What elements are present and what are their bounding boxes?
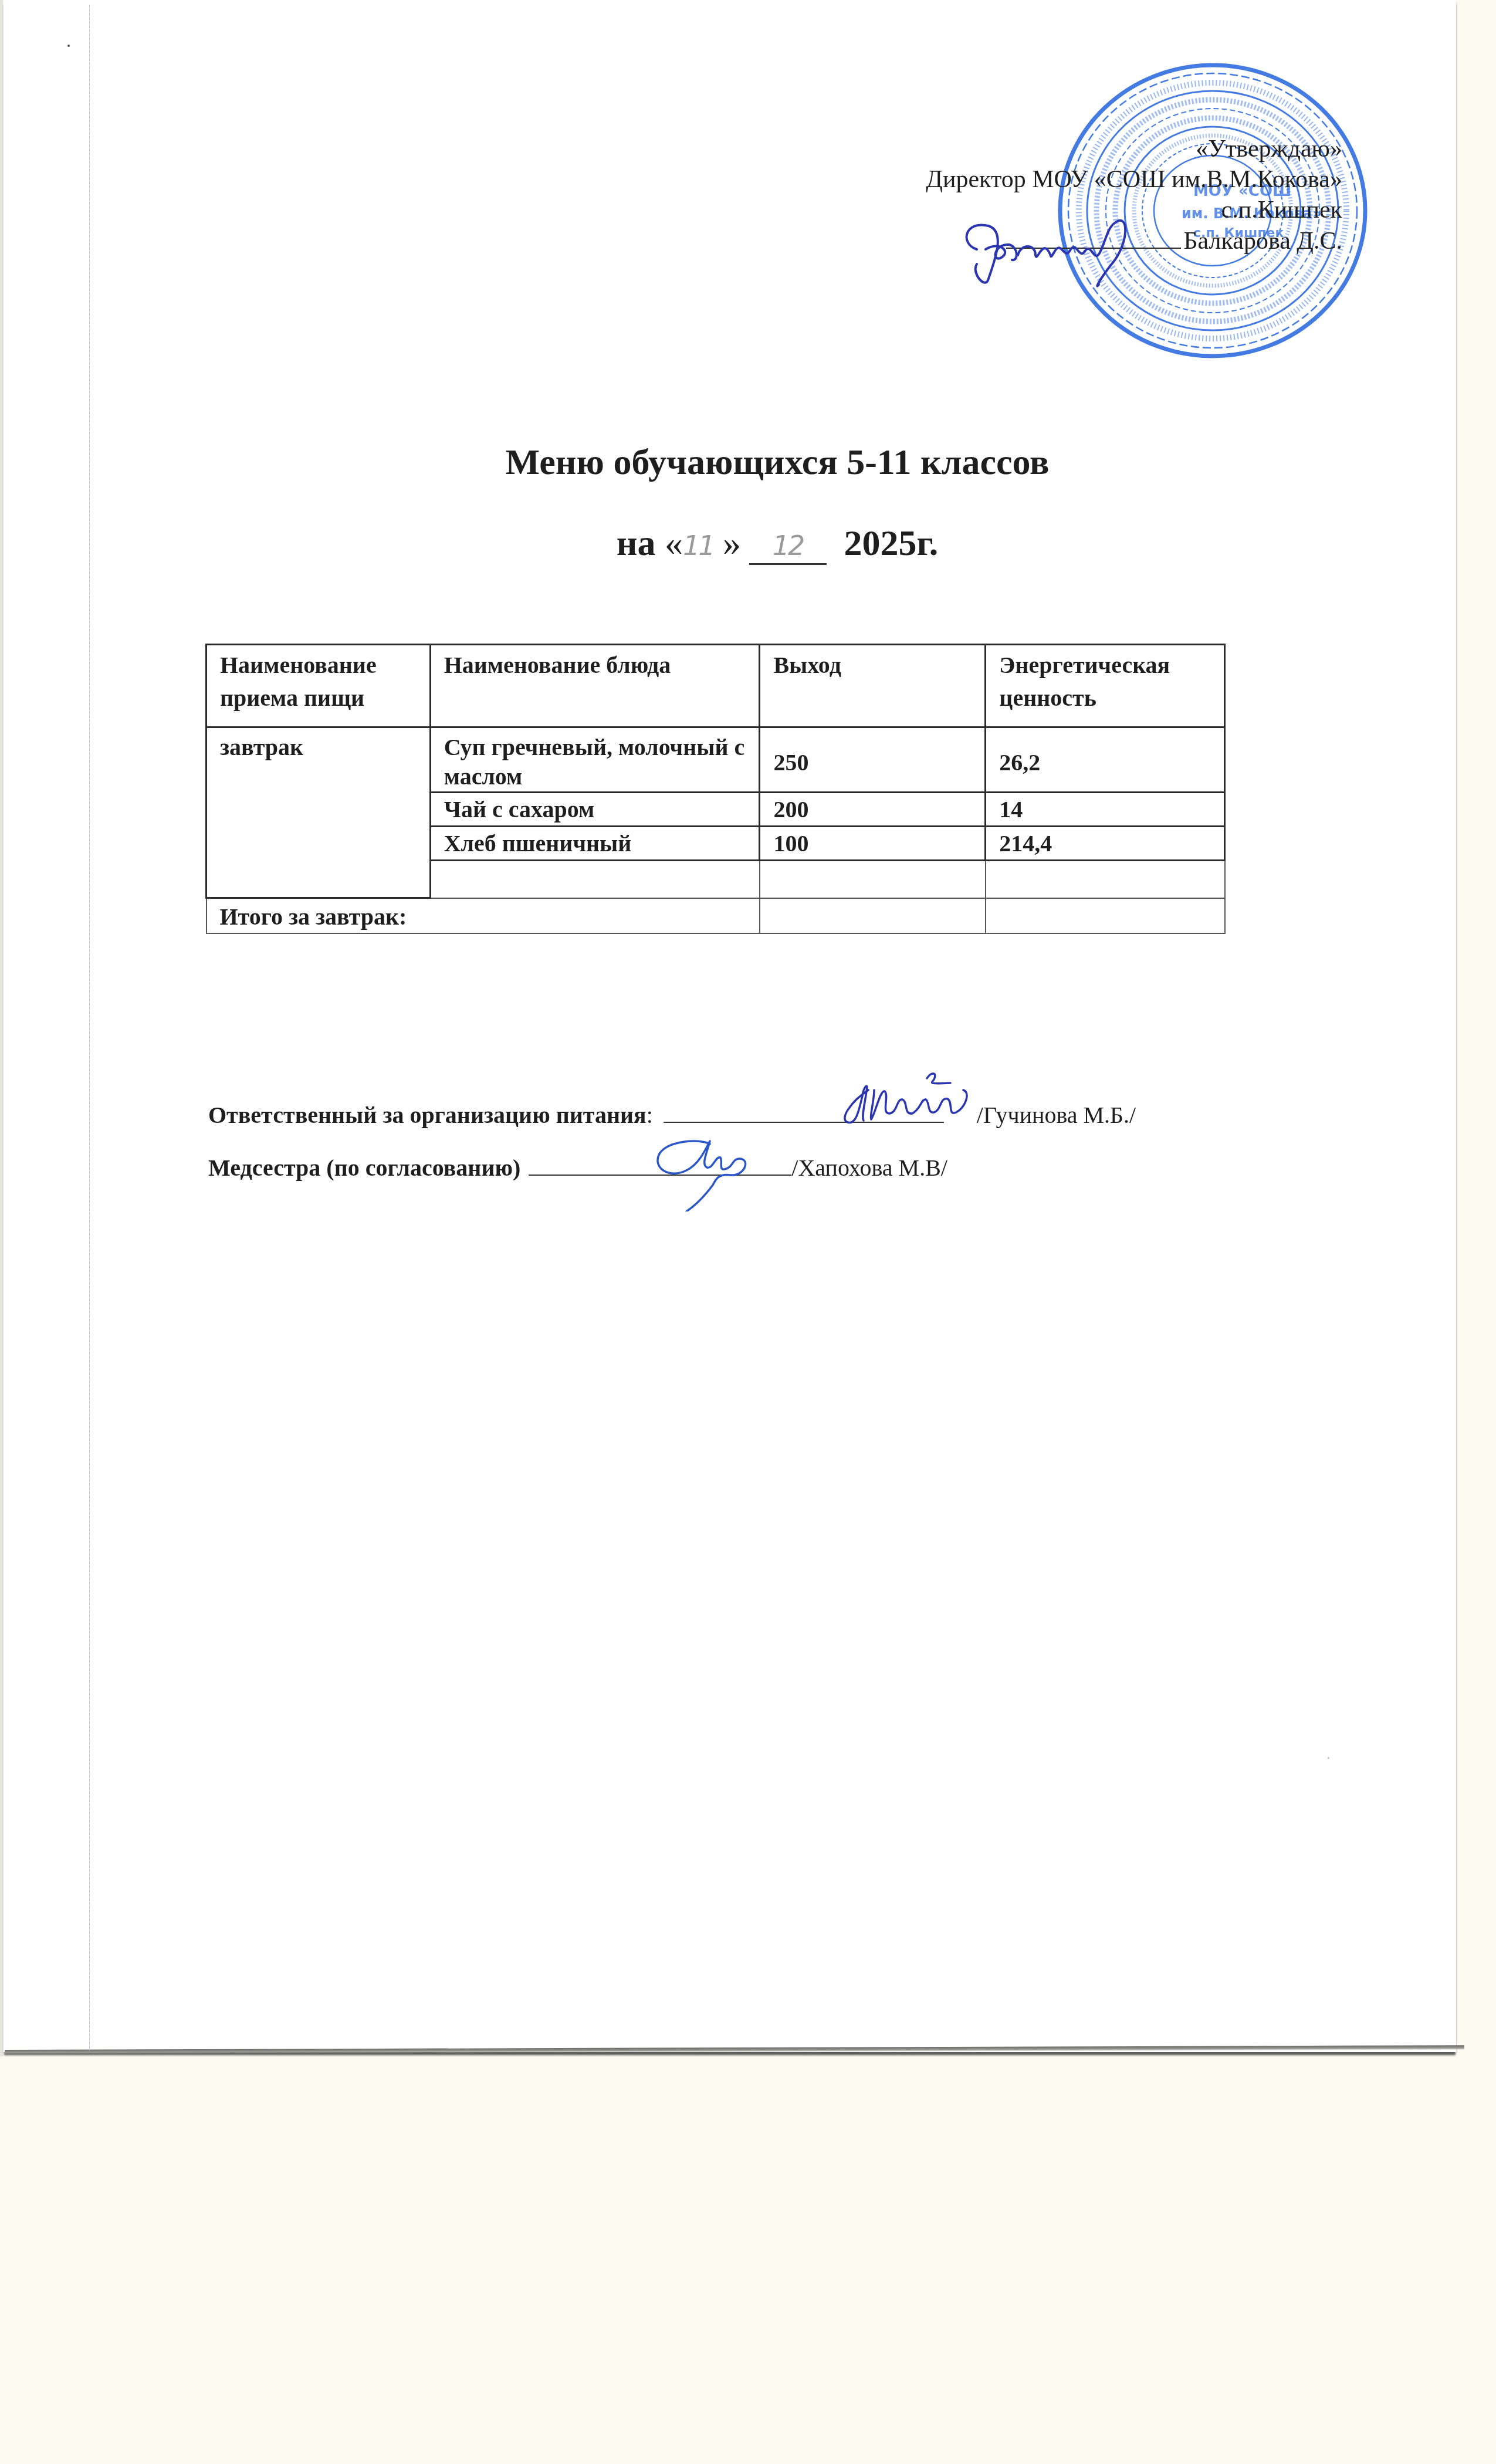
- scan-speck: [1328, 1757, 1329, 1759]
- table-header-row: Наименование приема пищи Наименование бл…: [207, 645, 1225, 727]
- header-dish: Наименование блюда: [430, 645, 760, 727]
- dish-energy: 26,2: [986, 727, 1225, 793]
- table-row: завтрак Суп гречневый, молочный с маслом…: [207, 727, 1225, 793]
- nurse-signature-line: [529, 1151, 791, 1176]
- dish-energy: 214,4: [986, 827, 1225, 861]
- document-page: [4, 0, 1456, 2052]
- responsible-line: Ответственный за организацию питания:/Гу…: [208, 1098, 1136, 1129]
- responsible-label: Ответственный за организацию питания: [208, 1102, 647, 1128]
- dish-energy: [986, 861, 1225, 898]
- dish-yield: 250: [760, 727, 986, 793]
- director-signature-line: [1006, 225, 1181, 249]
- total-energy: [986, 898, 1225, 933]
- date-year: 2025г.: [844, 523, 939, 563]
- date-close-quote: »: [723, 523, 741, 563]
- approval-signer: Балкарова Д.С.: [1183, 228, 1342, 255]
- approval-position: Директор МОУ «СОШ им.В.М.Кокова»: [926, 164, 1342, 195]
- header-meal: Наименование приема пищи: [207, 645, 431, 727]
- dish-yield: [760, 861, 986, 898]
- date-day: 11: [683, 530, 714, 561]
- dish-energy: 14: [986, 793, 1225, 827]
- menu-table: Наименование приема пищи Наименование бл…: [205, 644, 1226, 934]
- dish-yield: 100: [760, 827, 986, 861]
- approval-heading: «Утверждаю»: [926, 134, 1342, 164]
- date-month: 12: [773, 530, 804, 561]
- scan-edge: [0, 0, 3, 2056]
- nurse-label: Медсестра (по согласованию): [208, 1155, 520, 1181]
- dish-name: Суп гречневый, молочный с маслом: [430, 727, 760, 793]
- dish-name: Хлеб пшеничный: [430, 827, 760, 861]
- fold-line: [89, 5, 90, 2052]
- nurse-line: Медсестра (по согласованию)/Хапохова М.В…: [208, 1151, 947, 1182]
- nurse-name: /Хапохова М.В/: [791, 1155, 947, 1181]
- dish-name: Чай с сахаром: [430, 793, 760, 827]
- approval-block: «Утверждаю» Директор МОУ «СОШ им.В.М.Кок…: [926, 134, 1342, 256]
- responsible-colon: :: [647, 1102, 653, 1128]
- header-yield: Выход: [760, 645, 986, 727]
- menu-date: на «11 »12 2025г.: [364, 522, 1191, 567]
- approval-locality: с.п.Кишпек: [926, 195, 1342, 225]
- date-prefix: на: [617, 523, 656, 563]
- total-label: Итого за завтрак:: [207, 898, 760, 933]
- header-energy: Энергетическая ценность: [986, 645, 1225, 727]
- total-row: Итого за завтрак:: [207, 898, 1225, 933]
- responsible-signature-line: [664, 1098, 944, 1123]
- dish-name: [430, 861, 760, 898]
- page-title: Меню обучающихся 5-11 классов: [364, 441, 1191, 483]
- scan-speck: [67, 45, 70, 47]
- meal-name: завтрак: [207, 727, 431, 898]
- dish-yield: 200: [760, 793, 986, 827]
- responsible-name: /Гучинова М.Б./: [977, 1102, 1136, 1128]
- total-yield: [760, 898, 986, 933]
- date-open-quote: «: [665, 523, 683, 563]
- date-month-field: 12: [749, 526, 827, 565]
